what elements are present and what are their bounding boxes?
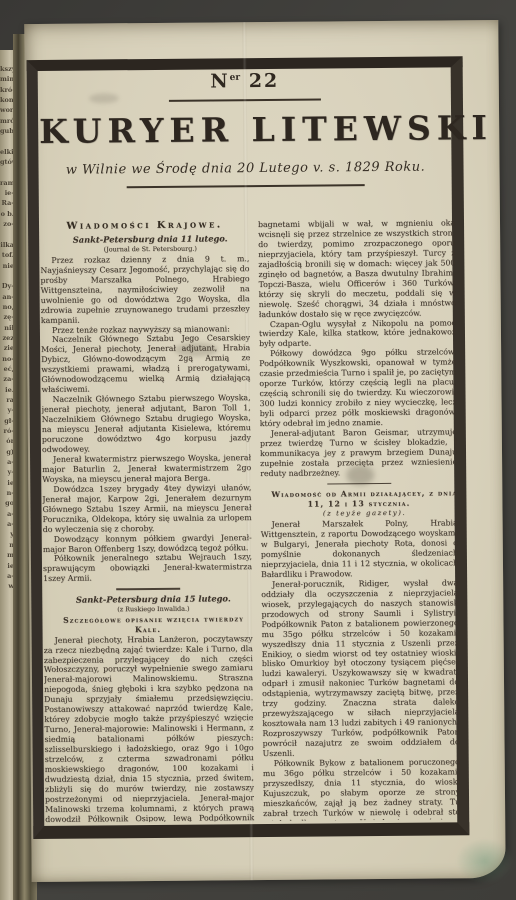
column-divider [116,588,180,590]
section-heading: Wiadomości Krajowe. [40,220,249,232]
article-paragraph: bagnetami wbijali w wał, w mgnieniu oka … [258,218,456,319]
issue-value: 22 [249,70,280,92]
left-column: Wiadomości Krajowe. Sankt-Petersburg dni… [40,220,254,823]
article-subheading: Wiadomość od Armii działającey, z dnia 1… [260,489,457,511]
article-paragraph: Jenerał piechoty, Hrabia Lanżeron, poczy… [44,634,255,823]
right-column: bagnetami wbijali w wał, w mgnieniu oka … [258,218,460,821]
article-paragraph: Dowodzący konnym półkiem gwardyi Jenerał… [43,533,252,555]
article-dateline: Sankt-Petersburg dnia 15 lutego. [43,594,252,606]
article-subheading: Szczegółowe opisanie wzięcia twierdzy Ka… [43,614,252,636]
issue-ordinal-sup: er [230,73,241,83]
issue-prefix: N [210,70,230,92]
paper-stain [455,838,513,885]
article-paragraph: Przez rozkaz dzienny z dnia 9 t. m., Nay… [40,254,250,325]
article-paragraph: Naczelnik Głównego Sztabu Jego Cesarskie… [41,334,251,396]
article-paragraph: Jenerał kwatermistrz pierwszego Woyska, … [42,453,251,485]
article-paragraph: Półkowy dowódzca 9go półku strzelców, Po… [259,348,457,429]
article-paragraph: Dowódzca 1szey brygady 4tey dywizyi ułan… [42,483,251,535]
article-paragraph: Naczelnik Głównego Sztabu pierwszego Woy… [42,393,252,455]
article-paragraph: Czapan-Oglu wysyłał z Nikopolu na pomoc … [259,318,456,350]
newspaper-page: Ner 22 KURYER LITEWSKI w Wilnie we Środę… [24,20,505,882]
article-paragraph: Półkownik jeneralnego sztabu Wejrauch 1s… [43,553,252,585]
ink-smudge [346,465,374,485]
article-paragraph: Jenerał-porucznik, Ridiger, wysłał dwa o… [261,578,460,759]
article-paragraph: Jenerał Marszałek Polny, Hrabia Wittgens… [261,518,459,579]
article-paragraph: Półkownik Bykow z batalionem poruczonego… [263,757,461,821]
scan-background: kszy! mini- kró- kon. wor. mróz, gub. el… [0,0,516,900]
adjacent-page-edge: kszy! mini- kró- kon. wor. mróz, gub. el… [0,50,14,900]
